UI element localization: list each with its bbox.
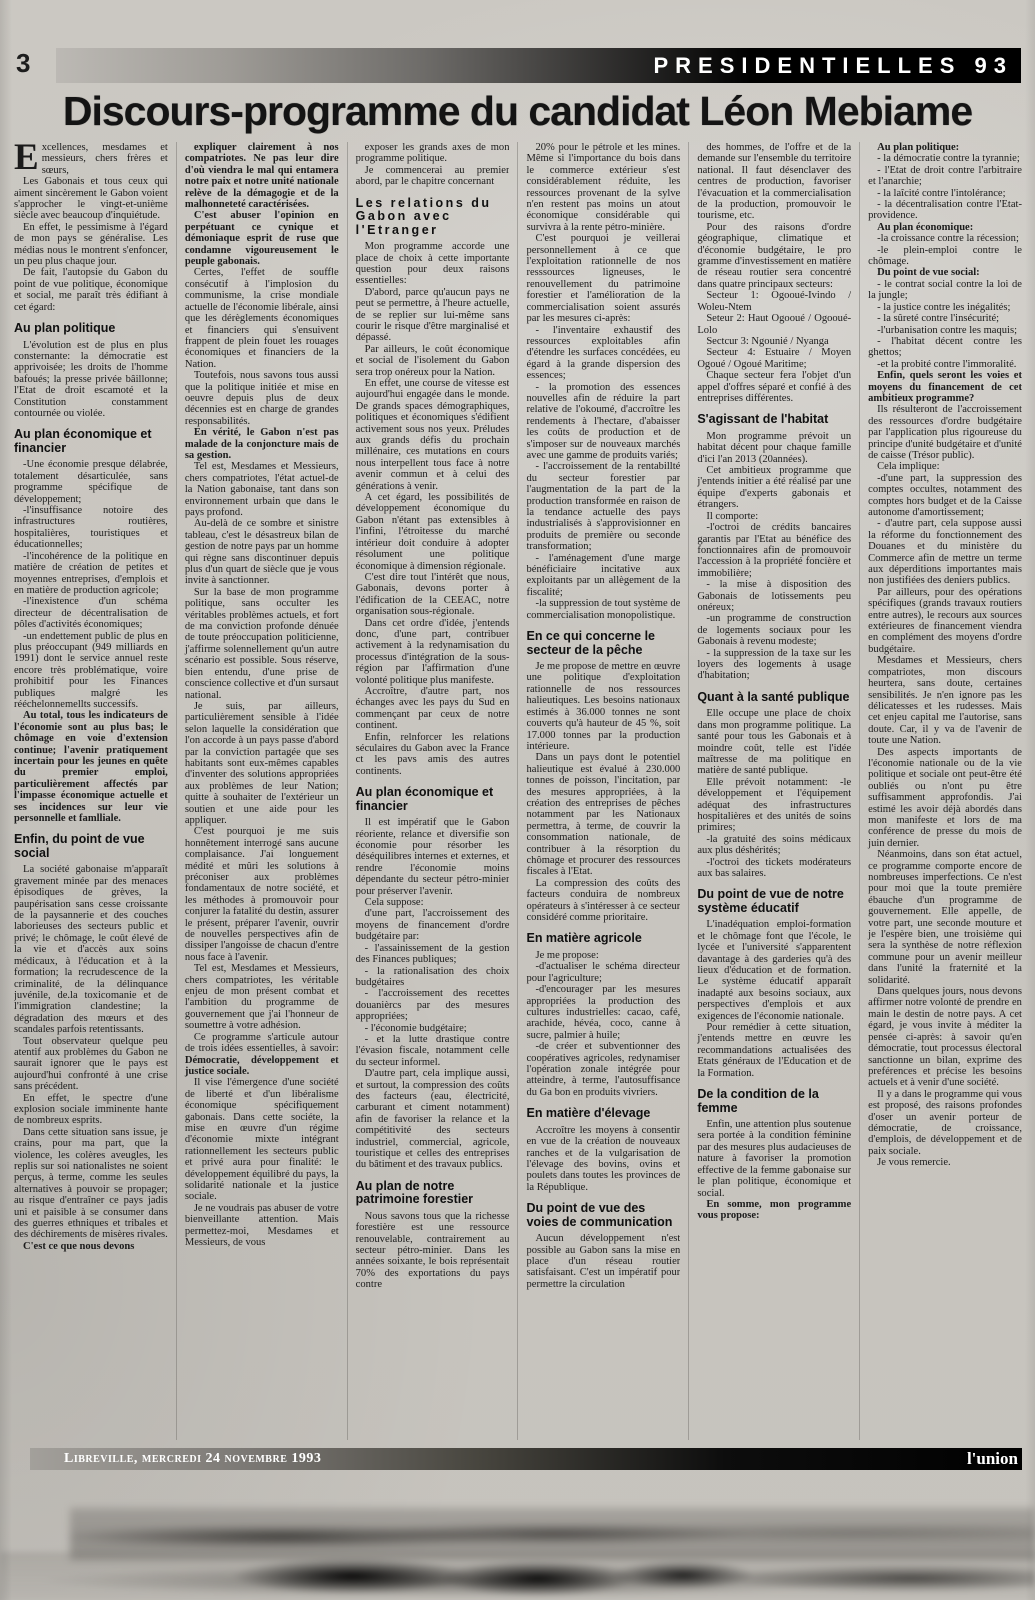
section-heading: En matière d'élevage (526, 1107, 680, 1121)
paragraph: - l'accroissement de la rentabillté du s… (526, 461, 680, 552)
paragraph: Du point de vue social: (868, 267, 1022, 278)
section-heading: Quant à la santé publique (697, 691, 851, 705)
paragraph: Néanmoins, dans son état actuel, ce prog… (868, 849, 1022, 986)
paragraph: -et la probité contre l'immoralité. (868, 359, 1022, 370)
paragraph: Accroître, d'autre part, nos échanges av… (356, 686, 510, 732)
paragraph: -la suppression de tout système de comme… (526, 598, 680, 621)
paragraph: -l'octroi de crédits bancaires garantis … (697, 522, 851, 579)
paragraph: Par ailleurs, le coût économique et soci… (356, 344, 510, 378)
section-heading: De la condition de la femme (697, 1088, 851, 1115)
paragraph: - la décentralisation contre l'Etat-prov… (868, 199, 1022, 222)
paragraph: Au plan politique: (868, 142, 1022, 153)
paragraph: -d'actualiser le schéma directeur pour l… (526, 961, 680, 984)
section-heading: Du point de vue des voies de communicati… (526, 1202, 680, 1229)
paragraph: des hommes, de l'offre et de la demande … (697, 142, 851, 222)
paragraph: Seteur 2: Haut Ogooué / Ogooué-Lolo (697, 313, 851, 336)
paragraph: Je commencerai au premier abord, par le … (356, 165, 510, 188)
paragraph: -l'octroi des tickets modérateurs aux ba… (697, 857, 851, 880)
paragraph: - d'autre part, cela suppose aussi la ré… (868, 518, 1022, 586)
paragraph: Dans quelques jours, nous devons affirme… (868, 986, 1022, 1089)
scan-artifact-band (0, 1552, 1035, 1600)
paragraph: Je me propose de mettre en œuvre une pol… (526, 661, 680, 752)
paragraph: Dans un pays dont le potentiel halieutiq… (526, 752, 680, 877)
paragraph: Tout observateur quelque peu atentif aux… (14, 1036, 168, 1093)
paragraph: Au total, tous les indicateurs de l'écon… (14, 710, 168, 824)
paragraph: 20% pour le pétrole et les mines. Même s… (526, 142, 680, 233)
paragraph: En effet, le spectre d'une explosion soc… (14, 1093, 168, 1127)
paragraph: -l'insuffisance notoire des infrastructu… (14, 505, 168, 551)
paragraph: - le contrat social contre la loi de la … (868, 279, 1022, 302)
paragraph: Tel est, Mesdames et Messieurs, chers co… (185, 963, 339, 1031)
paragraph: Elle occupe une place de choix dans mon … (697, 708, 851, 776)
paragraph: En effet, le pessimisme à l'égard de mon… (14, 222, 168, 268)
paragraph: En somme, mon programme vous propose: (697, 1199, 851, 1222)
paragraph: - la sûreté contre l'insécurité; (868, 313, 1022, 324)
column-4: 20% pour le pétrole et les mines. Même s… (517, 142, 680, 1440)
section-heading: Enfin, du point de vue social (14, 833, 168, 860)
column-3: exposer les grands axes de mon programme… (347, 142, 510, 1440)
paragraph: - l'inventaire exhaustif des ressources … (526, 325, 680, 382)
paragraph: -d'une part, la suppression des comptes … (868, 473, 1022, 519)
paragraph: Toutefois, nous savons tous aussi que la… (185, 370, 339, 427)
paragraph: Aucun développement n'est possible au Ga… (526, 1233, 680, 1290)
footer-dateline: Libreville, mercredi 24 novembre 1993 (30, 1451, 321, 1467)
paragraph: d'une part, l'accroissement des moyens d… (356, 908, 510, 942)
paragraph: Par ailleurs, pour des opérations spécif… (868, 587, 1022, 655)
paragraph: La compression des coûts des facteurs co… (526, 878, 680, 924)
paragraph: Tel est, Mesdames et Messieurs, chers co… (185, 461, 339, 518)
paragraph: De fait, l'autopsie du Gabon du point de… (14, 267, 168, 313)
paragraph: Ils résulteront de l'accroissement des r… (868, 404, 1022, 461)
paragraph: -un programme de construction de logemen… (697, 613, 851, 647)
paragraph: -l'incohérence de la politique en matièr… (14, 551, 168, 597)
section-heading: Au plan économique et financier (356, 786, 510, 813)
paragraph: Sectcur 3: Ngounié / Nyanga (697, 336, 851, 347)
paragraph: Mon programme prévoit un habitat décent … (697, 431, 851, 465)
paragraph: Au-delà de ce sombre et sinistre tableau… (185, 518, 339, 586)
paragraph: - la justice contre les inégalités; (868, 302, 1022, 313)
paragraph: L'inadéquation emploi-formation et le ch… (697, 919, 851, 1022)
paragraph: Au plan économique: (868, 222, 1022, 233)
newspaper-masthead: l'union (967, 1449, 1022, 1469)
paragraph: D'abord, parce qu'aucun pays ne peut se … (356, 287, 510, 344)
paragraph: Accroître les moyens à consentir en vue … (526, 1125, 680, 1193)
paragraph: -la croissance contre la récession; (868, 233, 1022, 244)
paragraph: Les Gabonais et tous ceux qui aiment sin… (14, 176, 168, 222)
paragraph: C'est ce que nous devons (14, 1241, 168, 1252)
paragraph: C'est dire tout l'intérêt que nous, Gabo… (356, 572, 510, 618)
section-heading: S'agissant de l'habitat (697, 413, 851, 427)
paragraph: En effet, une course de vitesse est aujo… (356, 378, 510, 492)
section-heading: Du point de vue de notre système éducati… (697, 888, 851, 915)
paragraph: - l'assainissement de la gestion des Fin… (356, 943, 510, 966)
column-1: Excellences, mesdames et messieurs, cher… (14, 142, 168, 1440)
section-heading: En matière agricole (526, 932, 680, 946)
article-columns: Excellences, mesdames et messieurs, cher… (14, 142, 1022, 1440)
paragraph: Elle prévoit notamment: -le développemen… (697, 777, 851, 834)
paragraph: Cet ambitieux programme que j'entends in… (697, 465, 851, 511)
paragraph: Des aspects importants de l'économie nat… (868, 747, 1022, 850)
drop-cap: E (14, 143, 39, 172)
column-2: expliquer clairement à nos compatriotes.… (176, 142, 339, 1440)
paragraph: - l'habitat décent contre les ghettos; (868, 336, 1022, 359)
paragraph: Secteur 1: Ogooué-Ivindo / Woleu-Ntem (697, 290, 851, 313)
section-heading: Au plan politique (14, 322, 168, 336)
paragraph: Il vise l'émergence d'une société de lib… (185, 1077, 339, 1202)
paragraph: Mesdames et Messieurs, chers compatriote… (868, 655, 1022, 746)
paragraph: Dans cet ordre d'idée, j'entends donc, d… (356, 618, 510, 686)
paragraph: Enfin, relnforcer les relations séculair… (356, 732, 510, 778)
paragraph: Certes, l'effet de souffle consécutif à … (185, 267, 339, 370)
paragraph: -l'inexistence d'un schéma directeur de … (14, 596, 168, 630)
paragraph: Il est impératif que le Gabon réoriente,… (356, 817, 510, 897)
paragraph: D'autre part, cela implique aussi, et su… (356, 1068, 510, 1171)
footer-bar: Libreville, mercredi 24 novembre 1993 l'… (30, 1448, 1022, 1470)
paragraph: Il y a dans le programme qui vous est pr… (868, 1089, 1022, 1157)
page-number: 3 (16, 48, 30, 79)
paragraph: C'est pourquoi je me suis honnêtement in… (185, 826, 339, 963)
paragraph: Enfin, quels seront les voies et moyens … (868, 370, 1022, 404)
paragraph: Excellences, mesdames et messieurs, cher… (14, 142, 168, 176)
section-banner-bar: PRESIDENTIELLES 93 (56, 48, 1021, 83)
paragraph: Pour remédier à cette situation, j'enten… (697, 1022, 851, 1079)
paragraph: expliquer clairement à nos compatriotes.… (185, 142, 339, 210)
paragraph: Cela implique: (868, 461, 1022, 472)
paragraph: - et la lutte drastique contre l'évasion… (356, 1034, 510, 1068)
paragraph: exposer les grands axes de mon programme… (356, 142, 510, 165)
paragraph: C'est abuser l'opinion en perpétuant ce … (185, 210, 339, 267)
paragraph: -la gratuité des soins médicaux aux plus… (697, 834, 851, 857)
paragraph: - l'économie budgétaire; (356, 1023, 510, 1034)
paragraph: La société gabonaise m'apparaît gravemen… (14, 864, 168, 1035)
paragraph: -d'encourager par les mesures appropriée… (526, 984, 680, 1041)
newspaper-page: 3 PRESIDENTIELLES 93 Discours-programme … (0, 0, 1035, 1600)
paragraph: - l'Etat de droit contre l'arbitraire et… (868, 165, 1022, 188)
paragraph: Enfin, une attention plus soutenue sera … (697, 1119, 851, 1199)
paragraph: L'évolution est de plus en plus constern… (14, 340, 168, 420)
paragraph: -l'urbanisation contre les maquis; (868, 325, 1022, 336)
paragraph: Chaque secteur fera l'objet d'un appel d… (697, 370, 851, 404)
paragraph: - la démocratie contre la tyrannie; (868, 153, 1022, 164)
paragraph: - la suppression de la taxe sur les loye… (697, 648, 851, 682)
paragraph: -Une économie presque délabrée, totaleme… (14, 459, 168, 505)
paragraph: A cet égard, les possibilités de dévelop… (356, 492, 510, 572)
paragraph: En vérité, le Gabon n'est pas malade de … (185, 427, 339, 461)
paragraph: -le plein-emploi contre le chômage. (868, 245, 1022, 268)
paragraph: Je suis, par ailleurs, particulièrement … (185, 701, 339, 826)
paragraph: Nous savons tous que la richesse foresti… (356, 1211, 510, 1291)
paragraph: Secteur 4: Estuaire / Moyen Ogoué / Ogou… (697, 347, 851, 370)
paragraph: Mon programme accorde une place de choix… (356, 241, 510, 287)
paragraph: Ce programme s'articule autour de trois … (185, 1032, 339, 1078)
paragraph: - la mise à disposition des Gabonais de … (697, 579, 851, 613)
paragraph: -un endettement public de plus en plus p… (14, 631, 168, 711)
article-headline: Discours-programme du candidat Léon Mebi… (20, 88, 1015, 138)
paragraph: Cela suppose: (356, 897, 510, 908)
paragraph: - la rationalisation des choix budgétair… (356, 966, 510, 989)
paragraph: -de créer et subventionner des coopérati… (526, 1041, 680, 1098)
paragraph: Dans cette situation sans issue, je crai… (14, 1127, 168, 1241)
paragraph: Je vous remercie. (868, 1157, 1022, 1168)
section-banner-title: PRESIDENTIELLES 93 (653, 53, 1021, 79)
paragraph: - la promotion des essences nouvelles af… (526, 382, 680, 462)
paragraph: - l'accroissement des recettes douanièrc… (356, 988, 510, 1022)
paragraph: - l'aménagement d'une marge bénéficiaire… (526, 553, 680, 599)
paragraph: Il comporte: (697, 511, 851, 522)
paragraph: Je me propose: (526, 950, 680, 961)
paragraph: Pour des raisons d'ordre géographique, c… (697, 222, 851, 290)
section-heading: En ce qui concerne le secteur de la pêch… (526, 630, 680, 657)
paragraph: C'est pourquoi je veillerai personnellem… (526, 233, 680, 324)
section-heading: Les relations du Gabon avec l'Etranger (356, 197, 510, 238)
section-heading: Au plan économique et financier (14, 428, 168, 455)
column-5: des hommes, de l'offre et de la demande … (688, 142, 851, 1440)
section-heading: Au plan de notre patrimoine forestier (356, 1180, 510, 1207)
column-6: Au plan politique:- la démocratie contre… (859, 142, 1022, 1440)
paragraph: Je ne voudrais pas abuser de votre bienv… (185, 1203, 339, 1249)
paragraph: Sur la base de mon programme politique, … (185, 587, 339, 701)
paragraph: - la laîcité contre l'intolérance; (868, 188, 1022, 199)
